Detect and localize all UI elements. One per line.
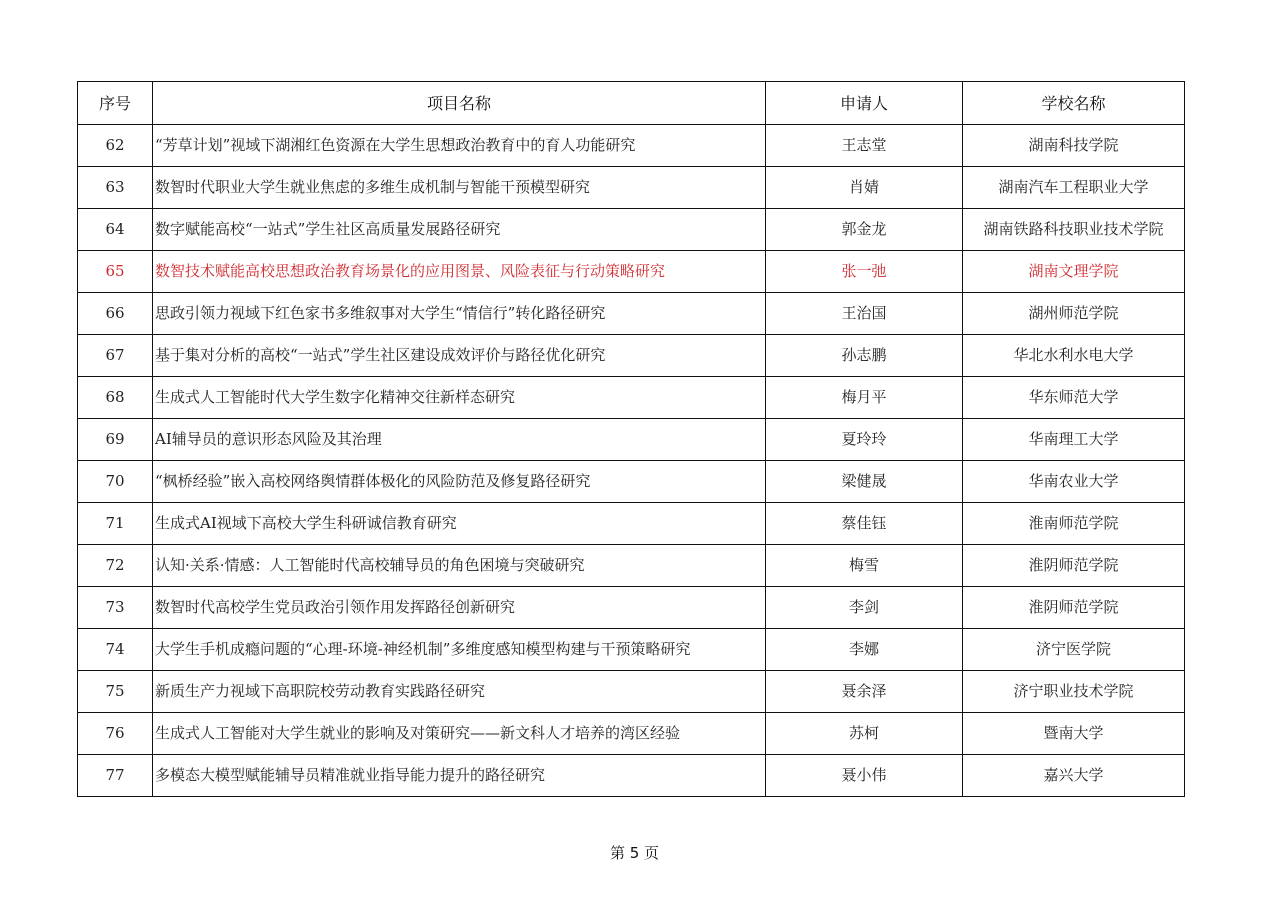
cell-no: 66 xyxy=(78,293,153,335)
cell-applicant: 蔡佳钰 xyxy=(766,503,963,545)
cell-applicant: 聂小伟 xyxy=(766,755,963,797)
cell-applicant: 梅雪 xyxy=(766,545,963,587)
cell-no: 77 xyxy=(78,755,153,797)
table-header-row: 序号 项目名称 申请人 学校名称 xyxy=(78,82,1185,125)
cell-title: 认知·关系·情感：人工智能时代高校辅导员的角色困境与突破研究 xyxy=(153,545,766,587)
cell-school: 湖南铁路科技职业技术学院 xyxy=(963,209,1185,251)
cell-school: 嘉兴大学 xyxy=(963,755,1185,797)
cell-applicant: 肖婧 xyxy=(766,167,963,209)
cell-applicant: 聂余泽 xyxy=(766,671,963,713)
cell-school: 济宁医学院 xyxy=(963,629,1185,671)
cell-applicant: 苏柯 xyxy=(766,713,963,755)
table-row-highlighted: 65数智技术赋能高校思想政治教育场景化的应用图景、风险表征与行动策略研究张一弛湖… xyxy=(78,251,1185,293)
cell-school: 淮阴师范学院 xyxy=(963,545,1185,587)
cell-title: 新质生产力视域下高职院校劳动教育实践路径研究 xyxy=(153,671,766,713)
cell-no: 69 xyxy=(78,419,153,461)
cell-school: 湖南文理学院 xyxy=(963,251,1185,293)
header-no: 序号 xyxy=(78,82,153,125)
cell-applicant: 王治国 xyxy=(766,293,963,335)
cell-title: 生成式AI视域下高校大学生科研诚信教育研究 xyxy=(153,503,766,545)
cell-applicant: 张一弛 xyxy=(766,251,963,293)
table-row: 74大学生手机成瘾问题的“心理-环境-神经机制”多维度感知模型构建与干预策略研究… xyxy=(78,629,1185,671)
table-row: 70“枫桥经验”嵌入高校网络舆情群体极化的风险防范及修复路径研究梁健晟华南农业大… xyxy=(78,461,1185,503)
cell-title: 思政引领力视域下红色家书多维叙事对大学生“情信行”转化路径研究 xyxy=(153,293,766,335)
table-body: 62“芳草计划”视域下湖湘红色资源在大学生思想政治教育中的育人功能研究王志堂湖南… xyxy=(78,125,1185,797)
cell-applicant: 李剑 xyxy=(766,587,963,629)
table-row: 63数智时代职业大学生就业焦虑的多维生成机制与智能干预模型研究肖婧湖南汽车工程职… xyxy=(78,167,1185,209)
cell-school: 湖南科技学院 xyxy=(963,125,1185,167)
table-row: 72认知·关系·情感：人工智能时代高校辅导员的角色困境与突破研究梅雪淮阴师范学院 xyxy=(78,545,1185,587)
cell-title: 数字赋能高校“一站式”学生社区高质量发展路径研究 xyxy=(153,209,766,251)
cell-no: 65 xyxy=(78,251,153,293)
header-title: 项目名称 xyxy=(153,82,766,125)
cell-school: 淮阴师范学院 xyxy=(963,587,1185,629)
table-row: 71生成式AI视域下高校大学生科研诚信教育研究蔡佳钰淮南师范学院 xyxy=(78,503,1185,545)
cell-no: 71 xyxy=(78,503,153,545)
cell-applicant: 郭金龙 xyxy=(766,209,963,251)
cell-school: 华东师范大学 xyxy=(963,377,1185,419)
table-row: 67基于集对分析的高校“一站式”学生社区建设成效评价与路径优化研究孙志鹏华北水利… xyxy=(78,335,1185,377)
table-row: 68生成式人工智能时代大学生数字化精神交往新样态研究梅月平华东师范大学 xyxy=(78,377,1185,419)
table-row: 66思政引领力视域下红色家书多维叙事对大学生“情信行”转化路径研究王治国湖州师范… xyxy=(78,293,1185,335)
cell-title: “芳草计划”视域下湖湘红色资源在大学生思想政治教育中的育人功能研究 xyxy=(153,125,766,167)
cell-no: 73 xyxy=(78,587,153,629)
cell-applicant: 夏玲玲 xyxy=(766,419,963,461)
table-row: 77多模态大模型赋能辅导员精准就业指导能力提升的路径研究聂小伟嘉兴大学 xyxy=(78,755,1185,797)
cell-title: 大学生手机成瘾问题的“心理-环境-神经机制”多维度感知模型构建与干预策略研究 xyxy=(153,629,766,671)
cell-school: 暨南大学 xyxy=(963,713,1185,755)
cell-school: 湖南汽车工程职业大学 xyxy=(963,167,1185,209)
cell-applicant: 李娜 xyxy=(766,629,963,671)
cell-school: 华南理工大学 xyxy=(963,419,1185,461)
cell-applicant: 梁健晟 xyxy=(766,461,963,503)
cell-title: 数智时代职业大学生就业焦虑的多维生成机制与智能干预模型研究 xyxy=(153,167,766,209)
page-number: 第 5 页 xyxy=(0,842,1269,863)
table-row: 64数字赋能高校“一站式”学生社区高质量发展路径研究郭金龙湖南铁路科技职业技术学… xyxy=(78,209,1185,251)
header-applicant: 申请人 xyxy=(766,82,963,125)
cell-no: 74 xyxy=(78,629,153,671)
cell-no: 67 xyxy=(78,335,153,377)
table-row: 69AI辅导员的意识形态风险及其治理夏玲玲华南理工大学 xyxy=(78,419,1185,461)
cell-no: 75 xyxy=(78,671,153,713)
table-row: 75新质生产力视域下高职院校劳动教育实践路径研究聂余泽济宁职业技术学院 xyxy=(78,671,1185,713)
cell-applicant: 梅月平 xyxy=(766,377,963,419)
cell-title: 数智技术赋能高校思想政治教育场景化的应用图景、风险表征与行动策略研究 xyxy=(153,251,766,293)
table-row: 62“芳草计划”视域下湖湘红色资源在大学生思想政治教育中的育人功能研究王志堂湖南… xyxy=(78,125,1185,167)
table-row: 73数智时代高校学生党员政治引领作用发挥路径创新研究李剑淮阴师范学院 xyxy=(78,587,1185,629)
cell-title: AI辅导员的意识形态风险及其治理 xyxy=(153,419,766,461)
cell-no: 68 xyxy=(78,377,153,419)
cell-title: 基于集对分析的高校“一站式”学生社区建设成效评价与路径优化研究 xyxy=(153,335,766,377)
cell-title: 多模态大模型赋能辅导员精准就业指导能力提升的路径研究 xyxy=(153,755,766,797)
project-list-table: 序号 项目名称 申请人 学校名称 62“芳草计划”视域下湖湘红色资源在大学生思想… xyxy=(77,81,1185,797)
cell-no: 62 xyxy=(78,125,153,167)
header-school: 学校名称 xyxy=(963,82,1185,125)
cell-title: 生成式人工智能时代大学生数字化精神交往新样态研究 xyxy=(153,377,766,419)
cell-no: 76 xyxy=(78,713,153,755)
cell-no: 72 xyxy=(78,545,153,587)
cell-applicant: 孙志鹏 xyxy=(766,335,963,377)
cell-no: 70 xyxy=(78,461,153,503)
cell-school: 华南农业大学 xyxy=(963,461,1185,503)
cell-school: 济宁职业技术学院 xyxy=(963,671,1185,713)
cell-title: “枫桥经验”嵌入高校网络舆情群体极化的风险防范及修复路径研究 xyxy=(153,461,766,503)
cell-no: 64 xyxy=(78,209,153,251)
cell-school: 湖州师范学院 xyxy=(963,293,1185,335)
cell-school: 淮南师范学院 xyxy=(963,503,1185,545)
cell-applicant: 王志堂 xyxy=(766,125,963,167)
cell-no: 63 xyxy=(78,167,153,209)
cell-school: 华北水利水电大学 xyxy=(963,335,1185,377)
table-row: 76生成式人工智能对大学生就业的影响及对策研究——新文科人才培养的湾区经验苏柯暨… xyxy=(78,713,1185,755)
cell-title: 数智时代高校学生党员政治引领作用发挥路径创新研究 xyxy=(153,587,766,629)
cell-title: 生成式人工智能对大学生就业的影响及对策研究——新文科人才培养的湾区经验 xyxy=(153,713,766,755)
